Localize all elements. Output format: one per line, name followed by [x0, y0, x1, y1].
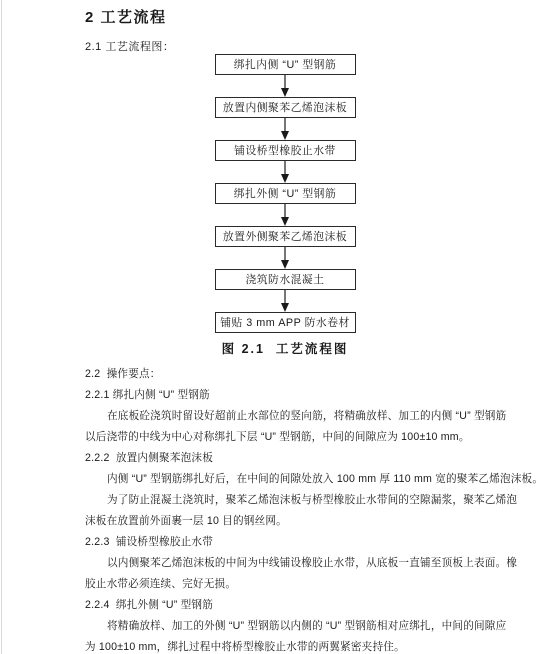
down-arrow-icon [280, 204, 290, 226]
process-flowchart: 绑扎内侧 “U” 型钢筋 放置内侧聚苯乙烯泡沫板 铺设桥型橡胶止水带 绑扎外侧 … [85, 54, 485, 357]
document-content: 2 工艺流程 2.1 工艺流程图： 绑扎内侧 “U” 型钢筋 放置内侧聚苯乙烯泡… [85, 6, 485, 654]
section-title: 2.2.1 绑扎内侧 “U” 型钢筋 [85, 385, 485, 406]
section-title: 2.2 操作要点： [85, 364, 485, 385]
flow-step-box: 放置外侧聚苯乙烯泡沫板 [215, 226, 356, 247]
down-arrow-icon [280, 118, 290, 140]
flow-step-box: 放置内侧聚苯乙烯泡沫板 [215, 97, 356, 118]
down-arrow-icon [280, 247, 290, 269]
text-line: 以内侧聚苯乙烯泡沫板的中间为中线铺设橡胶止水带，从底板一直铺至顶板上表面。橡 [85, 553, 485, 574]
text-line: 将精确放样、加工的外侧 “U” 型钢筋以内侧的 “U” 型钢筋相对应绑扎，中间的… [85, 616, 485, 637]
text-line: 在底板砼浇筑时留设好超前止水部位的竖向筋，将精确放样、加工的内侧 “U” 型钢筋 [85, 406, 485, 427]
text-line: 为 100±10 mm，绑扎过程中将桥型橡胶止水带的两翼紧密夹持住。 [85, 637, 485, 654]
flow-step-box: 浇筑防水混凝土 [215, 269, 356, 290]
section-title: 2.2.2 放置内侧聚苯泡沫板 [85, 448, 485, 469]
page-heading: 2 工艺流程 [85, 6, 485, 27]
text-line: 胶止水带必须连续、完好无损。 [85, 574, 485, 595]
body-text: 2.2 操作要点： 2.2.1 绑扎内侧 “U” 型钢筋 在底板砼浇筑时留设好超… [85, 364, 485, 654]
document-page: 2 工艺流程 2.1 工艺流程图： 绑扎内侧 “U” 型钢筋 放置内侧聚苯乙烯泡… [0, 0, 556, 654]
down-arrow-icon [280, 161, 290, 183]
text-line: 沫板在放置前外面裹一层 10 目的钢丝网。 [85, 511, 485, 532]
figure-caption: 图 2.1 工艺流程图 [222, 339, 349, 357]
text-line: 以后浇带的中线为中心对称绑扎下层 “U” 型钢筋，中间的间隙应为 100±10 … [85, 427, 485, 448]
down-arrow-icon [280, 75, 290, 97]
figure-intro-label: 2.1 工艺流程图： [85, 38, 485, 54]
flow-step-box: 绑扎内侧 “U” 型钢筋 [215, 54, 356, 75]
text-line: 内侧 “U” 型钢筋绑扎好后，在中间的间隙处放入 100 mm 厚 110 mm… [85, 469, 485, 490]
section-title: 2.2.4 绑扎外侧 “U” 型钢筋 [85, 595, 485, 616]
page-edge-line [1, 0, 2, 654]
flow-step-box: 铺设桥型橡胶止水带 [215, 140, 356, 161]
text-line: 为了防止混凝土浇筑时，聚苯乙烯泡沫板与桥型橡胶止水带间的空隙漏浆，聚苯乙烯泡 [85, 490, 485, 511]
flow-step-box: 绑扎外侧 “U” 型钢筋 [215, 183, 356, 204]
down-arrow-icon [280, 290, 290, 312]
section-title: 2.2.3 铺设桥型橡胶止水带 [85, 532, 485, 553]
flow-step-box: 铺贴 3 mm APP 防水卷材 [215, 312, 356, 333]
